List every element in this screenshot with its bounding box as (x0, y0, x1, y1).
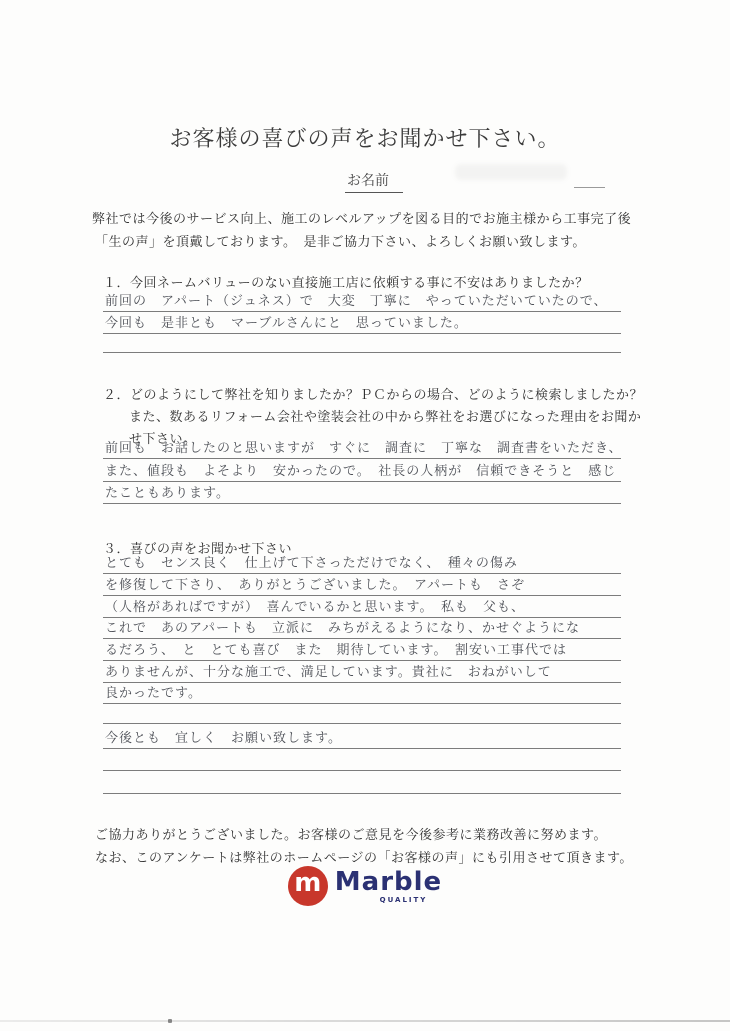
footer-line-2: なお、このアンケートは弊社のホームページの「お客様の声」にも引用させて頂きます。 (95, 847, 633, 866)
logo-text-column: Marble QUALITY (335, 869, 442, 904)
ruled-line (103, 699, 621, 724)
scanned-questionnaire-page: お客様の喜びの声をお聞かせ下さい。 お名前 弊社では今後のサービス向上、施工のレ… (0, 0, 730, 1031)
q2-answer-line: 前回も お話したのと思いますが すぐに 調査に 丁寧な 調査書をいただき、 (103, 434, 621, 459)
logo-brand-text: Marble (335, 869, 442, 895)
handwritten-text: 前回の アパート（ジュネス）で 大変 丁寧に やっていただいていたので、 (105, 290, 607, 309)
handwritten-text: また、値段も よそより 安かったので。 社長の人柄が 信頼できそうと 感じ (105, 460, 616, 479)
footer-line-1: ご協力ありがとうございました。お客様のご意見を今後参考に業務改善に努めます。 (95, 824, 607, 843)
intro-line-2: 「生の声」を頂戴しております。 是非ご協力下さい、よろしくお願い致します。 (95, 231, 586, 250)
handwritten-text: 今後とも 宜しく お願い致します。 (105, 727, 342, 746)
logo-mark-circle: m (288, 866, 328, 906)
question-2-label-line-2: また、数あるリフォーム会社や塗装会社の中から弊社をお選びになった理由をお聞か (129, 406, 641, 425)
ruled-line (103, 769, 621, 794)
handwritten-text: 前回も お話したのと思いますが すぐに 調査に 丁寧な 調査書をいただき、 (105, 437, 622, 456)
erased-name-area (455, 164, 567, 180)
handwritten-text: ありませんが、十分な施工で、満足しています。貴社に おねがいして (105, 661, 552, 680)
ruled-line (103, 746, 621, 771)
scan-bottom-edge (0, 1020, 730, 1022)
handwritten-text: これで あのアパートも 立派に みちがえるようになり、かせぐようにな (105, 617, 580, 636)
name-side-line (574, 187, 605, 188)
name-field-label: お名前 (345, 170, 403, 193)
handwritten-text: （人格があればですが） 喜んでいるかと思います。 私も 父も、 (105, 596, 525, 615)
handwritten-text: るだろう、 と とても喜び また 期待しています。 割安い工事代では (105, 639, 567, 658)
handwritten-text: とても センス良く 仕上げて下さっただけでなく、 種々の傷み (105, 552, 518, 571)
ruled-line (103, 328, 621, 353)
logo-quality-tagline: QUALITY (350, 896, 428, 904)
handwritten-text: たこともあります。 (105, 482, 230, 501)
form-title: お客様の喜びの声をお聞かせ下さい。 (0, 122, 730, 153)
question-2-label-line-1: ２．どのようにして弊社を知りましたか？ＰＣからの場合、どのように検索しましたか？ (103, 384, 643, 403)
q2-answer-line: たこともあります。 (103, 479, 621, 504)
intro-line-1: 弊社では今後のサービス向上、施工のレベルアップを図る目的でお施主様から工事完了後 (92, 208, 631, 227)
marble-logo: m Marble QUALITY (0, 866, 730, 906)
logo-m-glyph: m (294, 870, 321, 896)
scan-artifact-dot (168, 1019, 172, 1023)
handwritten-text: を修復して下さり、 ありがとうございました。 アパートも さぞ (105, 574, 525, 593)
